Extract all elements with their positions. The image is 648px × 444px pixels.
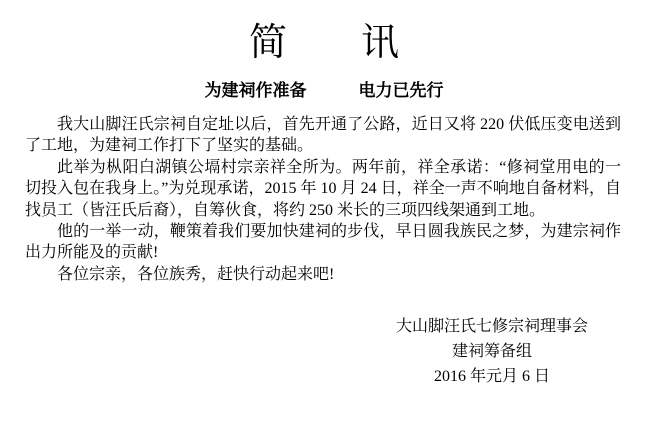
signature-organization: 大山脚汪氏七修宗祠理事会: [396, 314, 588, 339]
signature-date: 2016 年元月 6 日: [396, 364, 588, 389]
signature-block: 大山脚汪氏七修宗祠理事会 建祠筹备组 2016 年元月 6 日: [396, 314, 588, 389]
document-title: 简 讯: [0, 22, 648, 64]
document-body: 我大山脚汪氏宗祠自定址以后，首先开通了公路，近日又将 220 伏低压变电送到了工…: [25, 114, 621, 285]
subtitle-right-phrase: 电力已先行: [359, 81, 444, 101]
subtitle-left-phrase: 为建祠作准备: [205, 81, 307, 101]
body-paragraph-2: 此举为枞阳白湖镇公塥村宗亲祥全所为。两年前，祥全承诺：“修祠堂用电的一切投入包在…: [25, 157, 621, 221]
bulletin-document-page: 简 讯 为建祠作准备 电力已先行 我大山脚汪氏宗祠自定址以后，首先开通了公路，近…: [0, 0, 648, 444]
body-paragraph-1: 我大山脚汪氏宗祠自定址以后，首先开通了公路，近日又将 220 伏低压变电送到了工…: [25, 114, 621, 157]
signature-group: 建祠筹备组: [396, 339, 588, 364]
body-paragraph-3: 他的一举一动，鞭策着我们要加快建祠的步伐，早日圆我族民之梦，为建宗祠作出力所能及…: [25, 221, 621, 264]
document-subtitle: 为建祠作准备 电力已先行: [0, 81, 648, 101]
body-paragraph-4: 各位宗亲，各位族秀，赶快行动起来吧!: [25, 264, 621, 285]
title-char-second: 讯: [361, 22, 399, 64]
title-char-first: 简: [249, 22, 287, 64]
